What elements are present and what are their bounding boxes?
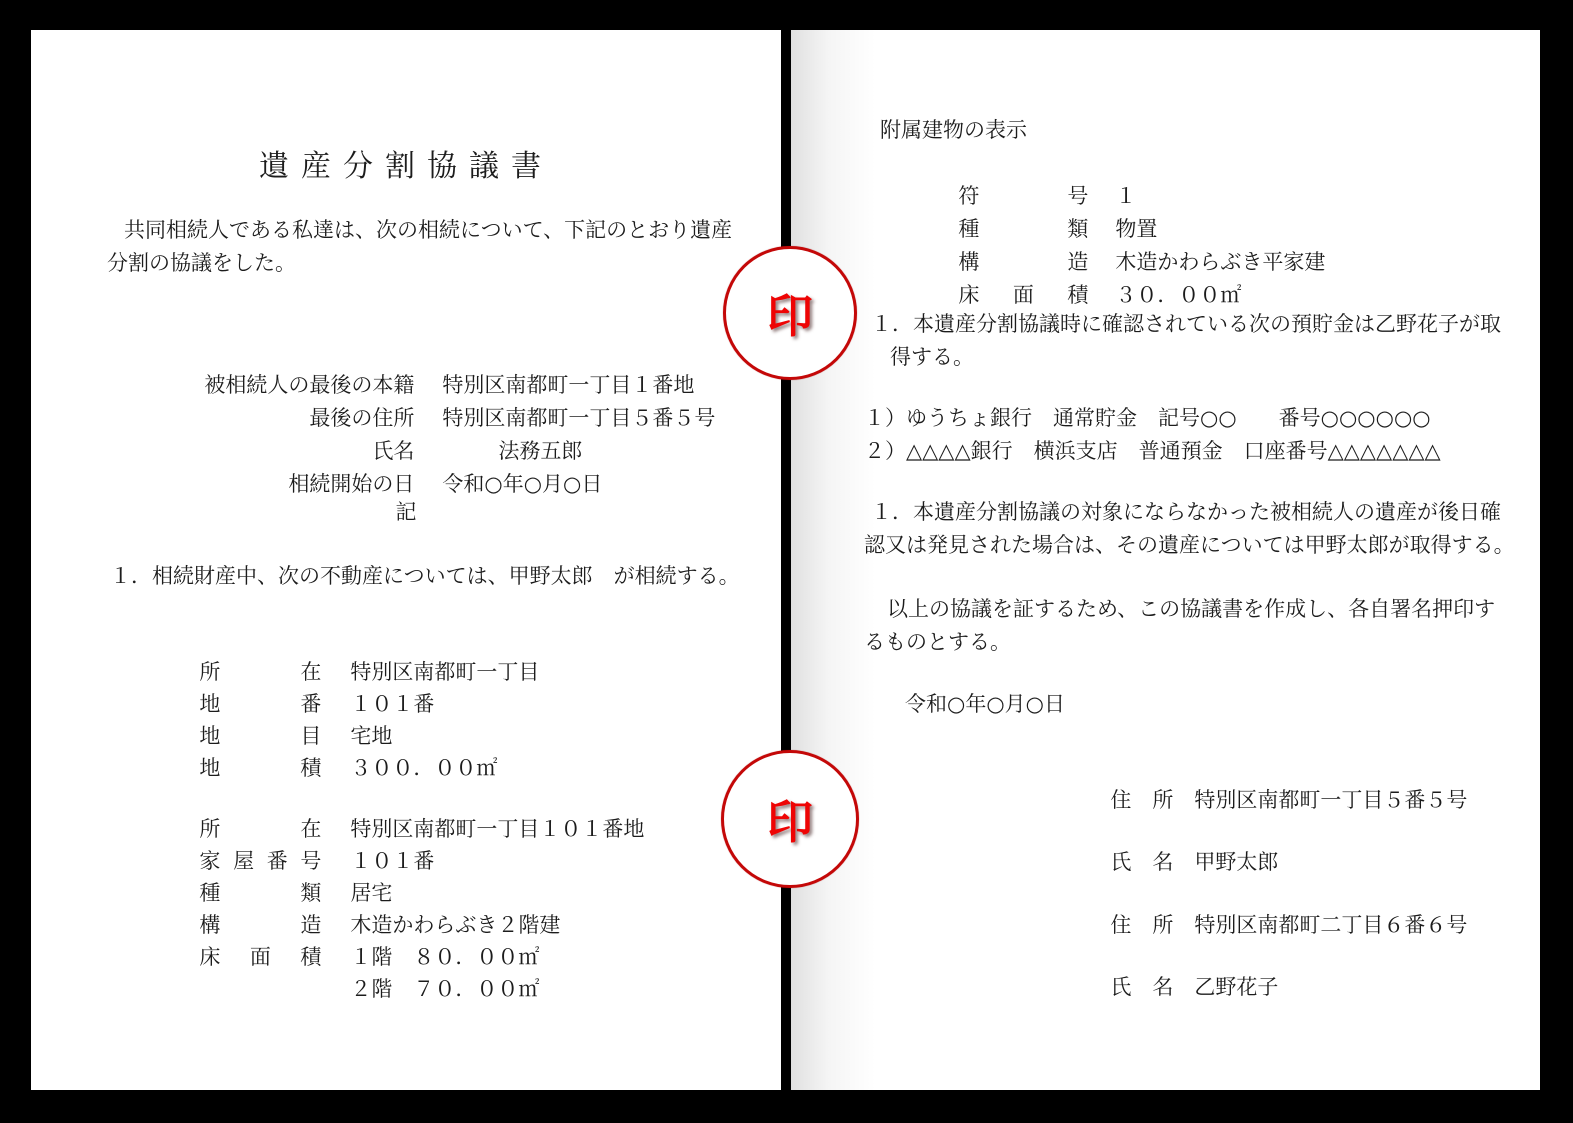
row-label: 所在: [199, 813, 321, 845]
tally-seal-top: 印: [723, 246, 857, 380]
seal-character: 印: [767, 786, 813, 852]
residual-clause-line: １．本遺産分割協議の対象にならなかった被相続人の遺産が後日確: [871, 496, 1501, 529]
row-label: 種類: [958, 213, 1088, 246]
row-value: １０１番: [350, 845, 434, 877]
ki-heading: 記: [31, 496, 781, 529]
left-page: 遺産分割協議書 共同相続人である私達は、次の相続について、下記のとおり遺産 分割…: [31, 30, 781, 1090]
row-value: 特別区南都町一丁目１番地: [442, 369, 694, 402]
annex-heading: 附属建物の表示: [880, 114, 1027, 147]
signature-label: 住 所: [1110, 784, 1173, 817]
residual-clause-line: 認又は発見された場合は、その遺産については甲野太郎が取得する。: [864, 529, 1515, 562]
row-value: 宅地: [350, 720, 392, 752]
row-label: 地積: [199, 752, 321, 784]
date-line: 令和○年○月○日: [905, 688, 1065, 721]
row-label: 地番: [199, 688, 321, 720]
tally-seal-bottom: 印: [721, 750, 859, 888]
row-value: 特別区南都町一丁目: [350, 656, 539, 688]
row-value: １階 ８０．００㎡: [350, 941, 539, 973]
row-value: ２階 ７０．００㎡: [350, 973, 539, 1005]
row-label: 構造: [958, 246, 1088, 279]
signature-label: 住 所: [1110, 909, 1173, 942]
signature-row: 氏 名乙野花子: [1057, 938, 1467, 971]
annex-block: 符号１ 種類物置 構造木造かわらぶき平家建 床面積３０．００㎡: [905, 147, 1325, 279]
clause-item: １．相続財産中、次の不動産については、甲野太郎 が相続する。: [110, 560, 740, 593]
row-value: １: [1115, 180, 1136, 213]
intro-line: 共同相続人である私達は、次の相続について、下記のとおり遺産: [124, 214, 732, 247]
row-label: 種類: [199, 877, 321, 909]
decedent-row: 被相続人の最後の本籍特別区南都町一丁目１番地: [94, 336, 715, 369]
row-value: 木造かわらぶき平家建: [1115, 246, 1325, 279]
deposit-clause-line: １．本遺産分割協議時に確認されている次の預貯金は乙野花子が取: [871, 308, 1501, 341]
land-row: 所在特別区南都町一丁目: [146, 624, 539, 656]
row-value: 居宅: [350, 877, 392, 909]
annex-row: 符号１: [905, 147, 1325, 180]
signature-value: 乙野花子: [1194, 971, 1278, 1004]
land-block: 所在特別区南都町一丁目 地番１０１番 地目宅地 地積３００．００㎡: [146, 624, 539, 752]
bank-line: １）ゆうちょ銀行 通常貯金 記号○○ 番号○○○○○○: [864, 402, 1431, 435]
intro-line: 分割の協議をした。: [107, 247, 296, 280]
document-canvas: 遺産分割協議書 共同相続人である私達は、次の相続について、下記のとおり遺産 分割…: [0, 0, 1573, 1123]
row-label: 被相続人の最後の本籍: [147, 369, 414, 402]
signature-row: 氏 名甲野太郎: [1057, 813, 1467, 846]
signature-label: 氏 名: [1110, 971, 1173, 1004]
closing-line: るものとする。: [864, 626, 1011, 659]
row-value: 特別区南都町一丁目１０１番地: [350, 813, 644, 845]
signature-value: 特別区南都町二丁目６番６号: [1194, 909, 1467, 942]
row-value: 法務五郎: [442, 435, 582, 468]
signature-block: 住 所特別区南都町一丁目５番５号 氏 名甲野太郎 住 所特別区南都町二丁目６番６…: [1057, 751, 1467, 971]
row-label: 最後の住所: [147, 402, 414, 435]
row-label: 床面積: [199, 941, 321, 973]
row-label: 符号: [958, 180, 1088, 213]
building-block: 所在特別区南都町一丁目１０１番地 家屋番号１０１番 種類居宅 構造木造かわらぶき…: [146, 781, 644, 973]
row-value: 木造かわらぶき２階建: [350, 909, 560, 941]
row-value: １０１番: [350, 688, 434, 720]
row-label: 所在: [199, 656, 321, 688]
document-title: 遺産分割協議書: [31, 148, 781, 186]
building-row: 所在特別区南都町一丁目１０１番地: [146, 781, 644, 813]
row-value: ３００．００㎡: [350, 752, 497, 784]
signature-label: 氏 名: [1110, 846, 1173, 879]
signature-value: 特別区南都町一丁目５番５号: [1194, 784, 1467, 817]
closing-line: 以上の協議を証するため、この協議書を作成し、各自署名押印す: [887, 593, 1495, 626]
row-label: 構造: [199, 909, 321, 941]
right-page: 附属建物の表示 符号１ 種類物置 構造木造かわらぶき平家建 床面積３０．００㎡ …: [791, 30, 1540, 1090]
row-label: 氏名: [147, 435, 414, 468]
row-label: 地目: [199, 720, 321, 752]
signature-value: 甲野太郎: [1194, 846, 1278, 879]
deposit-clause-line: 得する。: [890, 341, 974, 374]
signature-row: 住 所特別区南都町二丁目６番６号: [1057, 876, 1467, 909]
signature-row: 住 所特別区南都町一丁目５番５号: [1057, 751, 1467, 784]
bank-line: ２）△△△△銀行 横浜支店 普通預金 口座番号△△△△△△△: [864, 435, 1441, 468]
row-label: 家屋番号: [199, 845, 321, 877]
row-value: 物置: [1115, 213, 1157, 246]
decedent-block: 被相続人の最後の本籍特別区南都町一丁目１番地 最後の住所特別区南都町一丁目５番５…: [94, 336, 715, 468]
seal-character: 印: [767, 280, 813, 346]
row-value: 特別区南都町一丁目５番５号: [442, 402, 715, 435]
